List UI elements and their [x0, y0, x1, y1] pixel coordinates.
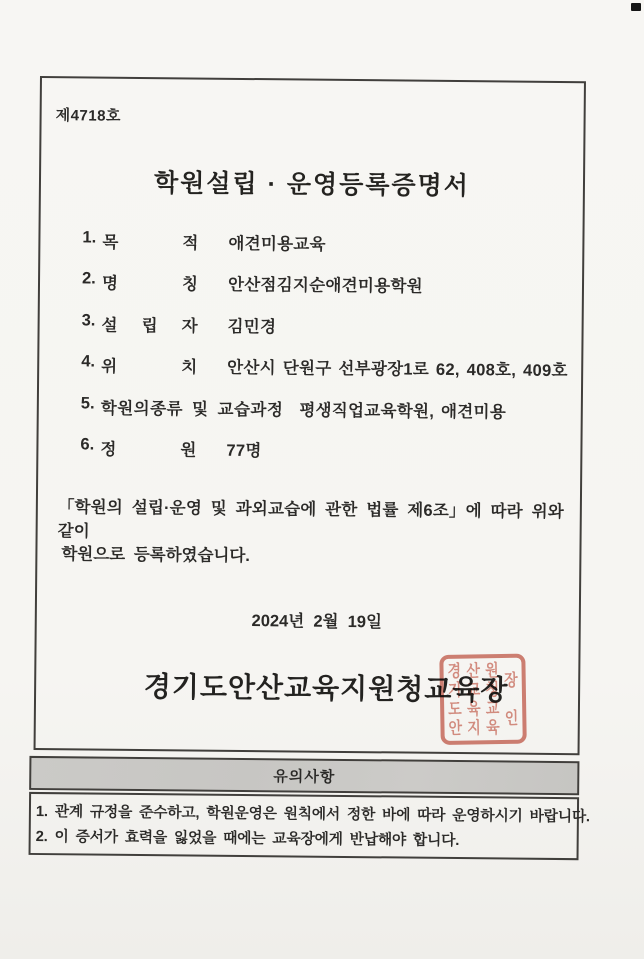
- field-number: 2.: [82, 270, 102, 289]
- field-label-char: 치: [181, 354, 197, 378]
- field-row: 5.학원의종류 및 교습과정평생직업교육학원, 애견미용: [39, 394, 581, 441]
- field-list: 1.목적애견미용교육2.명칭안산점김지순애견미용학원3.설립자김민경4.위치안산…: [38, 228, 582, 482]
- seal-char: 지: [467, 718, 481, 739]
- seal-char: 인: [505, 708, 519, 729]
- field-row: 1.목적애견미용교육: [40, 228, 582, 275]
- field-row: 2.명칭안산점김지순애견미용학원: [40, 269, 582, 316]
- seal-column: 장인: [504, 661, 519, 737]
- field-number: 5.: [81, 394, 101, 413]
- field-label-char: 칭: [182, 271, 198, 295]
- field-row: 3.설립자김민경: [39, 311, 581, 358]
- document-number: 제4718호: [56, 104, 122, 126]
- field-label: 명칭: [102, 270, 198, 295]
- field-label: 정원: [100, 436, 196, 461]
- field-label: 목적: [102, 229, 198, 254]
- field-number: 4.: [81, 353, 101, 372]
- field-number: 3.: [82, 311, 102, 330]
- field-label-char: 원: [180, 436, 196, 460]
- field-label-char: 위: [101, 353, 117, 377]
- seal-column: 산교육지: [466, 661, 481, 737]
- seal-char: 교: [467, 680, 481, 701]
- field-label: 설립자: [102, 311, 198, 336]
- seal-char: 청: [485, 679, 499, 700]
- notice-header: 유의사항: [29, 756, 579, 795]
- seal-char: 경: [447, 661, 461, 682]
- field-label-char: 명: [102, 270, 118, 294]
- field-label-char: 자: [182, 312, 198, 336]
- seal-char: 장: [504, 670, 518, 691]
- field-number: 6.: [80, 435, 100, 454]
- seal-char: 안: [448, 718, 462, 739]
- official-seal: 경기도안산교육지원청교육장인: [439, 654, 526, 745]
- field-label-char: 목: [102, 229, 118, 253]
- scan-artifact-mark: [631, 3, 641, 11]
- field-label: 위치: [101, 353, 197, 378]
- field-number: 1.: [82, 228, 102, 247]
- seal-char: 산: [466, 661, 480, 682]
- seal-column: 원청교육: [485, 661, 500, 737]
- field-value: 평생직업교육학원, 애견미용: [299, 396, 506, 422]
- certificate-frame: 제4718호 학원설립 · 운영등록증명서 1.목적애견미용교육2.명칭안산점김…: [34, 76, 586, 755]
- notice-item: 2. 이 증서가 효력을 잃었을 때에는 교육장에게 반납해야 합니다.: [36, 825, 574, 855]
- field-label-char: 정: [100, 436, 116, 460]
- seal-char: 원: [485, 660, 499, 681]
- field-value: 77명: [226, 437, 261, 461]
- field-value: 애견미용교육: [228, 230, 326, 255]
- issue-date: 2024년 2월 19일: [37, 605, 579, 634]
- seal-column: 경기도안: [447, 662, 462, 738]
- field-value: 안산점김지순애견미용학원: [228, 271, 423, 297]
- seal-char: 도: [448, 699, 462, 720]
- field-row: 4.위치안산시 단원구 선부광장1로 62, 408호, 409호: [39, 352, 581, 399]
- notice-header-label: 유의사항: [273, 765, 335, 787]
- field-value: 안산시 단원구 선부광장1로 62, 408호, 409호: [227, 354, 568, 381]
- field-label: 학원의종류 및 교습과정: [101, 394, 284, 420]
- seal-char: 교: [486, 698, 500, 719]
- field-label-char: 적: [182, 229, 198, 253]
- seal-char: 육: [486, 717, 500, 738]
- field-value: 김민경: [228, 313, 277, 337]
- field-row: 6.정원77명: [38, 435, 580, 482]
- seal-char: 육: [467, 699, 481, 720]
- statement-line-1: 「학원의 설립·운영 및 과외교습에 관한 법률 제6조」에 따라 위와 같이: [58, 493, 572, 546]
- field-label-char: 립: [142, 312, 158, 336]
- certificate-title: 학원설립 · 운영등록증명서: [41, 162, 583, 203]
- seal-char: 기: [448, 680, 462, 701]
- document-photo: 제4718호 학원설립 · 운영등록증명서 1.목적애견미용교육2.명칭안산점김…: [0, 0, 644, 959]
- statement-line-2: 학원으로 등록하였습니다.: [61, 540, 250, 566]
- notice-body: 1. 관계 규정을 준수하고, 학원운영은 원칙에서 정한 바에 따라 운영하시…: [29, 792, 580, 860]
- field-label-char: 설: [102, 311, 118, 335]
